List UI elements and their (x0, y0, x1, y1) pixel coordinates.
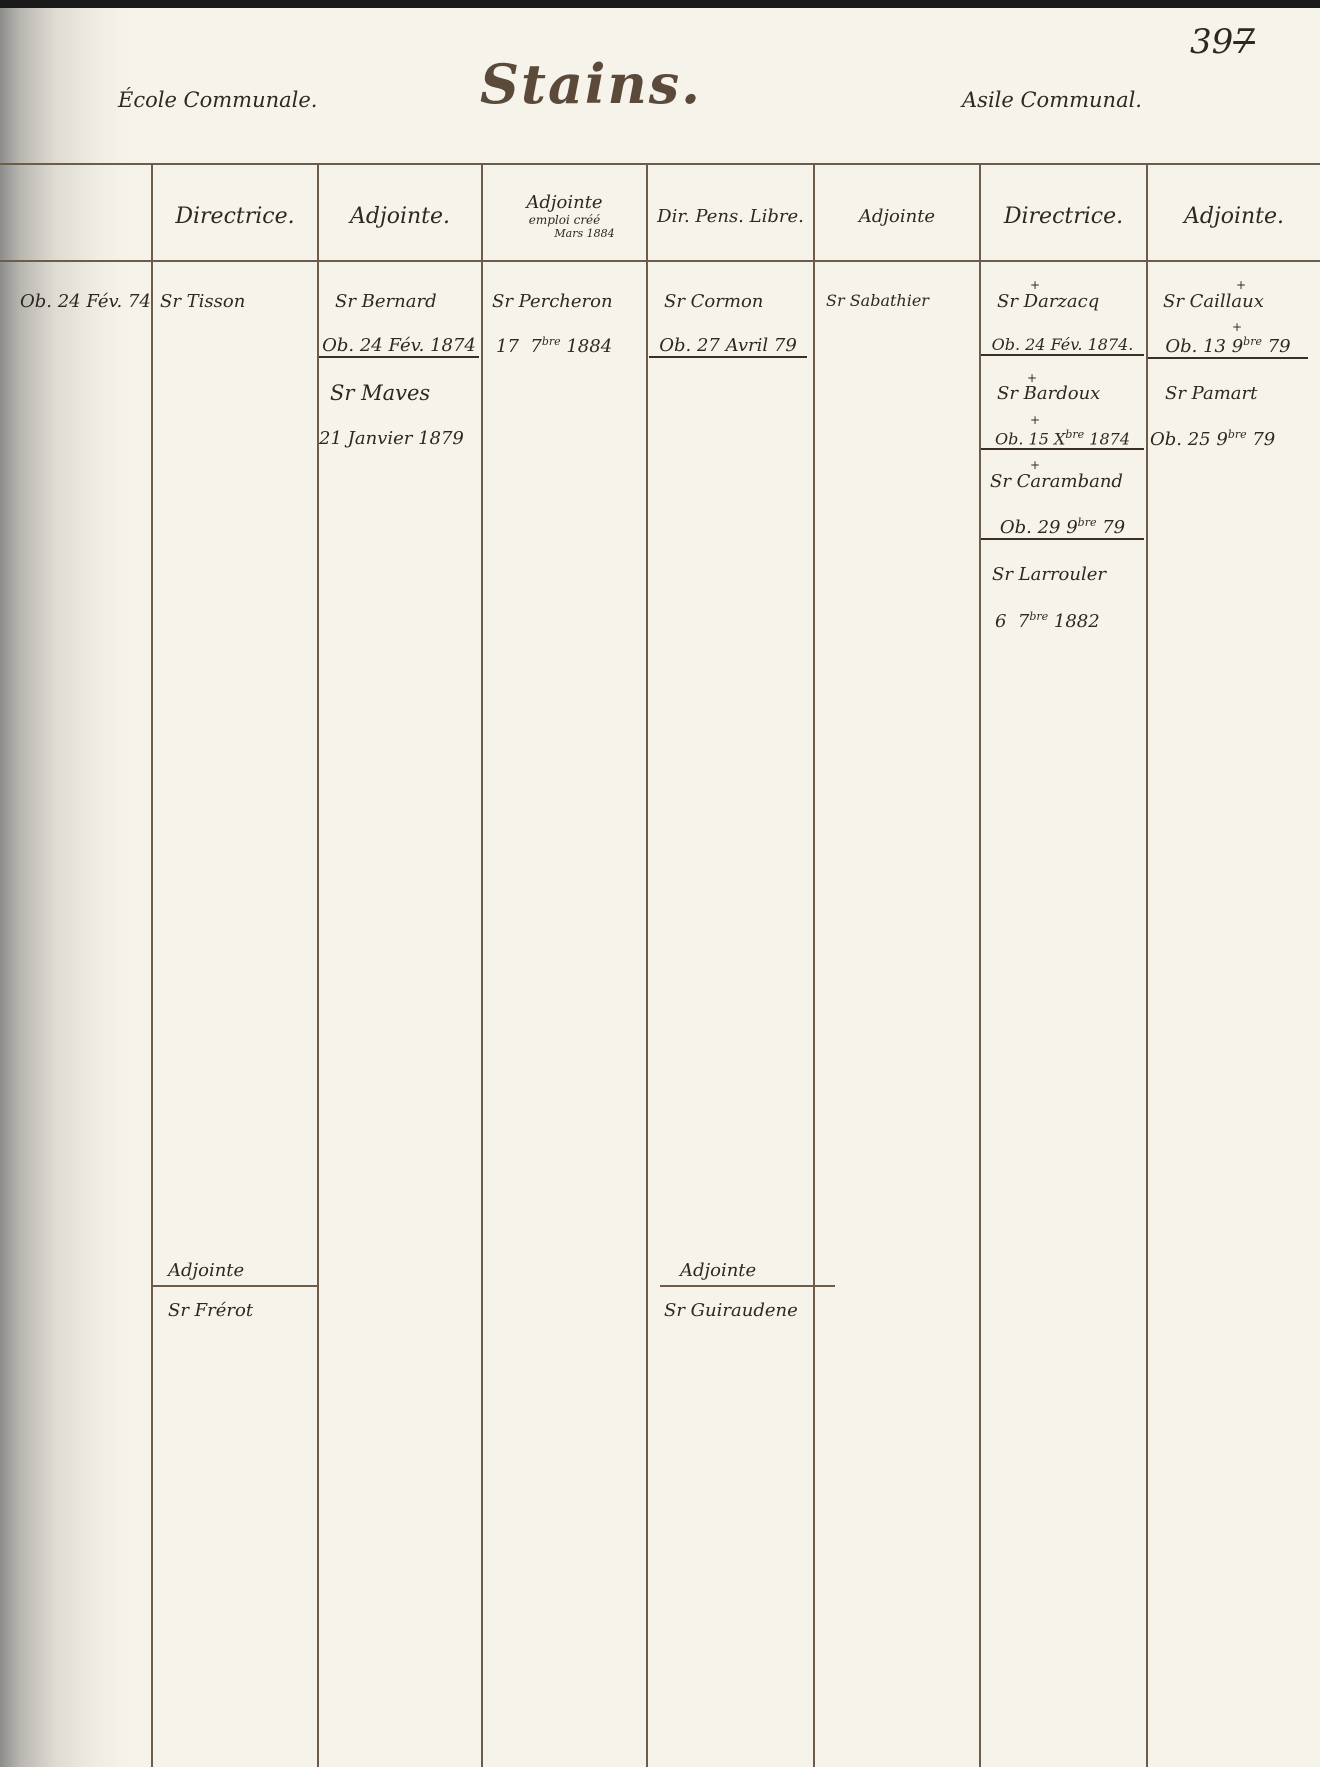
name-entry: Sr Percheron (492, 291, 613, 312)
name-entry: Sr Maves (330, 381, 430, 405)
name-entry: Sr Frérot (168, 1300, 253, 1321)
folio-number: 397 (1190, 22, 1255, 62)
lower-heading-adjointe: Adjointe (168, 1260, 244, 1281)
column-divider (979, 163, 981, 1767)
name-entry: Sr Sabathier (826, 291, 929, 310)
column-divider (813, 163, 815, 1767)
name-entry: Sr Bardoux (997, 383, 1100, 404)
name-entry: Sr Larrouler (992, 564, 1106, 585)
deceased-cross: + (1030, 413, 1040, 427)
name-entry: Sr Pamart (1165, 383, 1257, 404)
folio-old-struck: 7 (1233, 22, 1255, 62)
col-header-asile-adjointe: Adjointe. (1148, 171, 1320, 261)
name-entry: Sr Darzacq (997, 291, 1099, 312)
column-divider (646, 163, 648, 1767)
deceased-cross: + (1030, 458, 1040, 472)
column-divider (1146, 163, 1148, 1767)
ecole-communale-label: École Communale. (118, 88, 317, 112)
lower-heading-adjointe: Adjointe (680, 1260, 756, 1281)
date-entry: Ob. 13 9bre 79 (1148, 335, 1308, 359)
date-entry: Ob. 24 Fév. 1874 (319, 335, 479, 358)
heading-underline (153, 1285, 317, 1287)
appointment-date: Ob. 24 Fév. 74 (20, 291, 151, 312)
name-entry: Sr Tisson (160, 291, 245, 312)
deceased-cross: + (1030, 278, 1040, 292)
name-entry: Sr Cormon (664, 291, 763, 312)
date-entry: Ob. 15 Xbre 1874 (981, 428, 1144, 450)
folio-new: 39 (1190, 22, 1233, 62)
name-entry: Sr Caillaux (1163, 291, 1264, 312)
page-title: Stains. (480, 52, 702, 116)
name-entry: Sr Guiraudene (664, 1300, 798, 1321)
deceased-cross: + (1232, 320, 1242, 334)
deceased-cross: + (1236, 278, 1246, 292)
column-divider (151, 163, 153, 1767)
asile-communal-label: Asile Communal. (962, 88, 1142, 112)
heading-underline (660, 1285, 835, 1287)
date-entry: 17 7bre 1884 (496, 335, 612, 357)
col-header-ecole-adjointe-2: Adjointe emploi créé Mars 1884 (483, 171, 646, 261)
column-divider (317, 163, 319, 1767)
name-entry: Sr Bernard (335, 291, 437, 312)
date-entry: Ob. 27 Avril 79 (649, 335, 807, 358)
date-entry: Ob. 29 9bre 79 (981, 516, 1144, 540)
date-entry: 6 7bre 1882 (995, 610, 1100, 632)
scan-top-edge (0, 0, 1320, 8)
col-header-pens-libre-directrice: Dir. Pens. Libre. (648, 171, 813, 261)
page-header: École Communale. Stains. Asile Communal.… (0, 8, 1320, 158)
date-entry: Ob. 25 9bre 79 (1150, 428, 1275, 450)
col-note: emploi créé (529, 213, 601, 227)
col-header-ecole-directrice: Directrice. (153, 171, 317, 261)
date-entry: 21 Janvier 1879 (319, 428, 464, 449)
col-header-asile-directrice: Directrice. (981, 171, 1146, 261)
header-top-rule (0, 163, 1320, 165)
date-entry: Ob. 24 Fév. 1874. (981, 335, 1144, 356)
column-divider (481, 163, 483, 1767)
register-page: École Communale. Stains. Asile Communal.… (0, 8, 1320, 1767)
col-header-ecole-adjointe: Adjointe. (319, 171, 481, 261)
col-note-date: Mars 1884 (554, 227, 614, 240)
col-header-pens-libre-adjointe: Adjointe (815, 171, 979, 261)
name-entry: Sr Caramband (990, 471, 1123, 492)
